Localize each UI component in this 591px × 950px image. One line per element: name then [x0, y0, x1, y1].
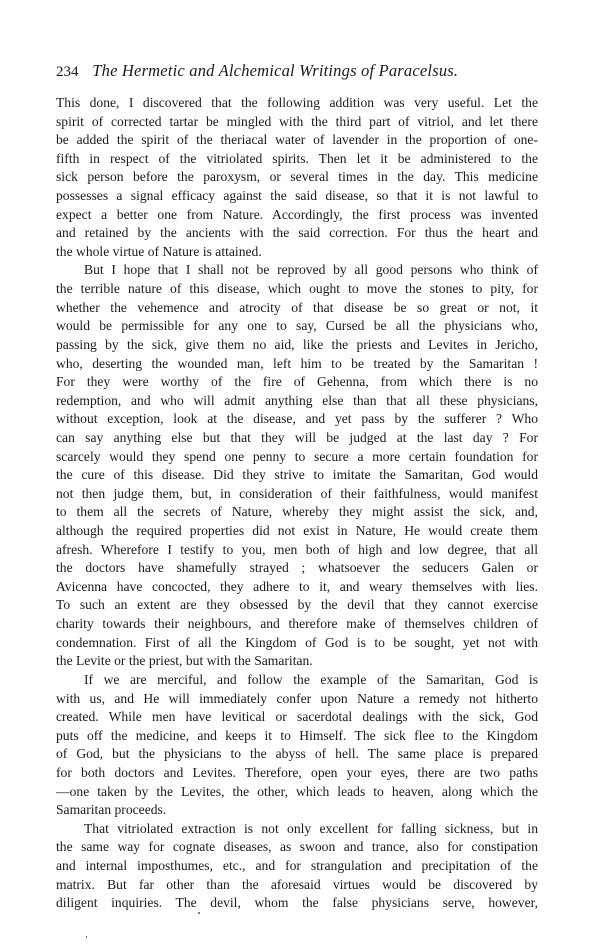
text-line: whether the vehemence and atrocity of th…: [56, 299, 538, 318]
text-line: the cure of this disease. Did they striv…: [56, 466, 538, 485]
text-line: can say anything else but that they will…: [56, 429, 538, 448]
paragraph: That vitriolated extraction is not only …: [56, 820, 538, 913]
text-line: and retained by the ancients with the sa…: [56, 224, 538, 243]
text-line: the same way for cognate diseases, as sw…: [56, 838, 538, 857]
text-line: without exception, look at the disease, …: [56, 410, 538, 429]
text-line: the terrible nature of this disease, whi…: [56, 280, 538, 299]
text-line: be added the spirit of the theriacal wat…: [56, 131, 538, 150]
text-line: of God, but the physicians to the abyss …: [56, 745, 538, 764]
text-line: expect a better one from Nature. Accordi…: [56, 206, 538, 225]
paragraph: But I hope that I shall not be reproved …: [56, 261, 538, 670]
text-line: for both doctors and Levites. Therefore,…: [56, 764, 538, 783]
text-line: would be permissible for any one to say,…: [56, 317, 538, 336]
scan-speck: [198, 912, 200, 914]
text-line: afresh. Wherefore I testify to you, men …: [56, 541, 538, 560]
text-line: This done, I discovered that the followi…: [56, 94, 538, 113]
text-line: scarcely would they spend one penny to s…: [56, 448, 538, 467]
text-line: —one taken by the Levites, the other, wh…: [56, 783, 538, 802]
paragraph: This done, I discovered that the followi…: [56, 94, 538, 261]
text-line: condemnation. First of all the Kingdom o…: [56, 634, 538, 653]
text-line: To such an extent are they obsessed by t…: [56, 596, 538, 615]
text-line: Avicenna have concocted, they adhere to …: [56, 578, 538, 597]
running-head: 234 The Hermetic and Alchemical Writings…: [56, 58, 538, 86]
page-number: 234: [56, 64, 79, 80]
text-line: For they were worthy of the fire of Gehe…: [56, 373, 538, 392]
book-title: The Hermetic and Alchemical Writings of …: [92, 61, 458, 80]
text-line: If we are merciful, and follow the examp…: [56, 671, 538, 690]
text-line: But I hope that I shall not be reproved …: [56, 261, 538, 280]
scan-speck: [86, 936, 87, 938]
text-line: puts off the medicine, and keeps it to H…: [56, 727, 538, 746]
text-line: charity towards their neighbours, and th…: [56, 615, 538, 634]
text-line: to them all the secrets of Nature, where…: [56, 503, 538, 522]
text-line: the doctors have shamefully strayed ; wh…: [56, 559, 538, 578]
page-body: This done, I discovered that the followi…: [56, 94, 538, 913]
text-line: created. While men have levitical or sac…: [56, 708, 538, 727]
text-line: That vitriolated extraction is not only …: [56, 820, 538, 839]
text-line: diligent inquiries. The devil, whom the …: [56, 894, 538, 913]
text-line: not then judge them, but, in considerati…: [56, 485, 538, 504]
text-line: passing by the sick, give them no aid, l…: [56, 336, 538, 355]
paragraph: If we are merciful, and follow the examp…: [56, 671, 538, 820]
book-page: 234 The Hermetic and Alchemical Writings…: [56, 58, 538, 913]
text-line: sick person before the paroxysm, or seve…: [56, 168, 538, 187]
text-line: possesses a signal efficacy against the …: [56, 187, 538, 206]
text-line: redemption, and who will admit anything …: [56, 392, 538, 411]
text-line: who, deserting the wounded man, left him…: [56, 355, 538, 374]
text-line: Samaritan proceeds.: [56, 801, 538, 820]
text-line: fifth in respect of the vitriolated spir…: [56, 150, 538, 169]
text-line: matrix. But far other than the aforesaid…: [56, 876, 538, 895]
text-line: and internal imposthumes, etc., and for …: [56, 857, 538, 876]
text-line: the Levite or the priest, but with the S…: [56, 652, 538, 671]
text-line: the whole virtue of Nature is attained.: [56, 243, 538, 262]
text-line: with us, and He will immediately confer …: [56, 690, 538, 709]
text-line: spirit of corrected tartar be mingled wi…: [56, 113, 538, 132]
text-line: although the required properties did not…: [56, 522, 538, 541]
